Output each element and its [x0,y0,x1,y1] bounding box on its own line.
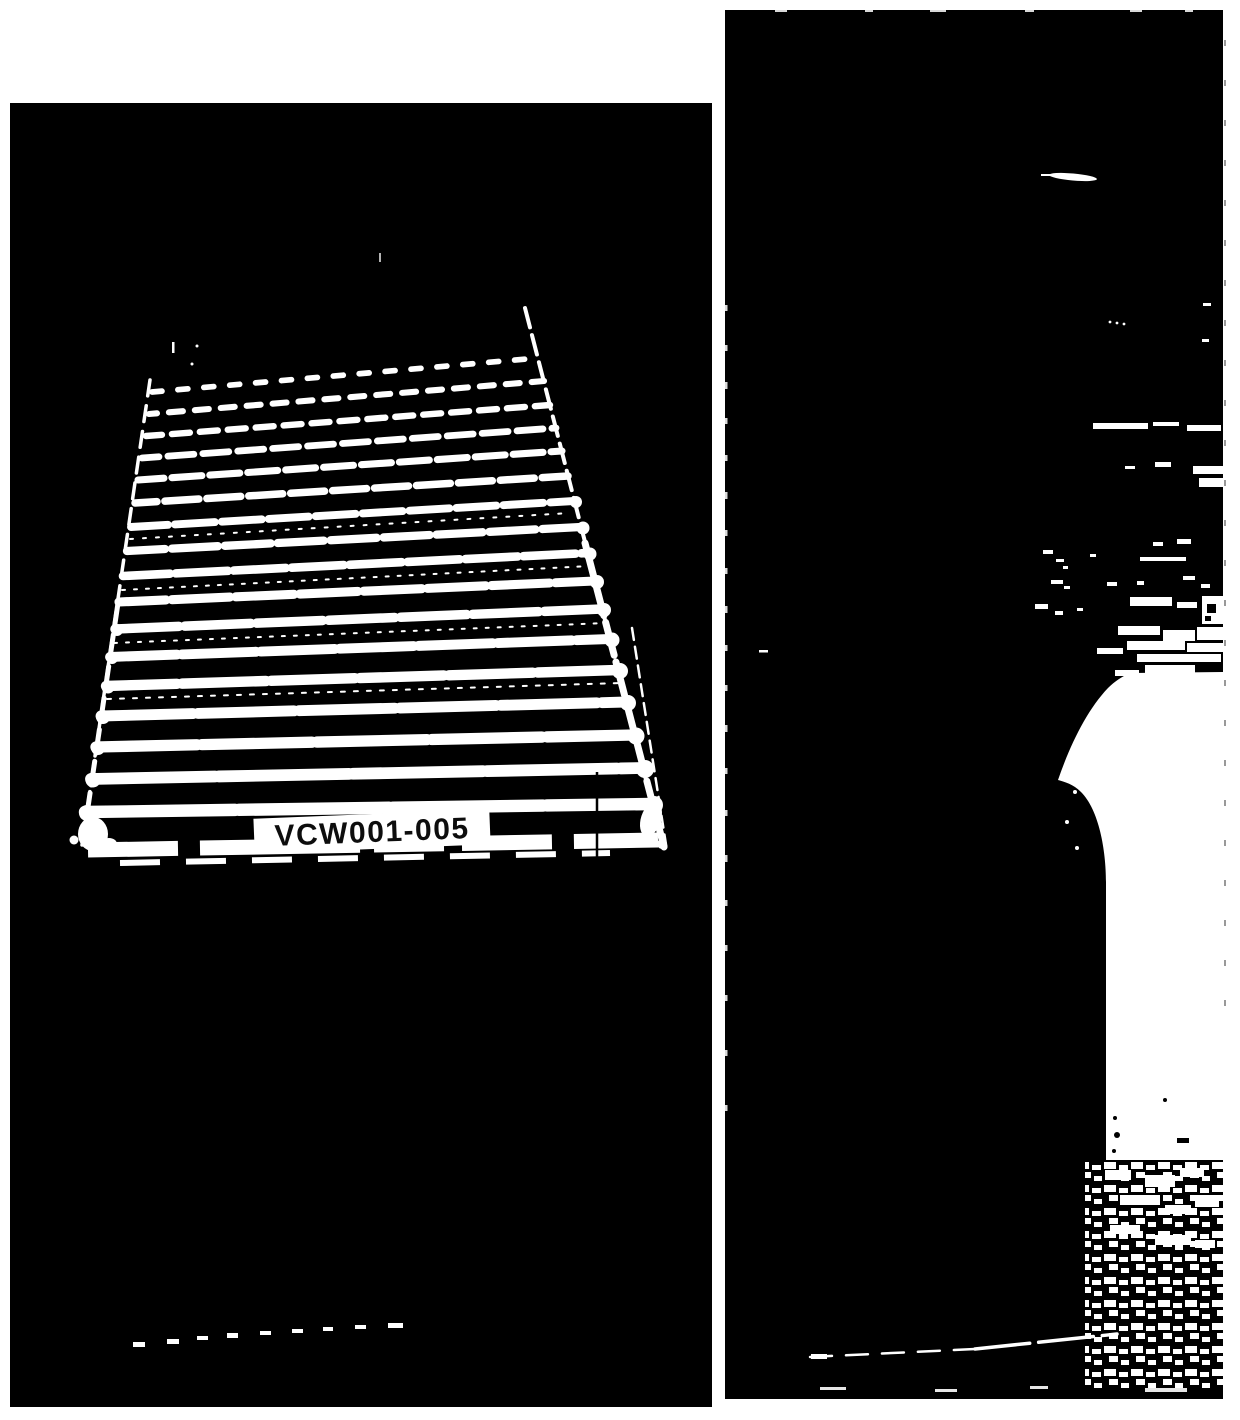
figure-page: VCW001-005 [0,0,1240,1420]
dither-noise-region [1085,1162,1223,1389]
roller-bar [85,804,652,812]
panel-edge-marks [1224,40,1226,1020]
right-photo-panel [725,10,1223,1399]
right-photo [725,10,1223,1399]
left-photo-panel: VCW001-005 [10,103,712,1407]
photo-background [10,103,712,1407]
left-photo: VCW001-005 [10,103,712,1407]
